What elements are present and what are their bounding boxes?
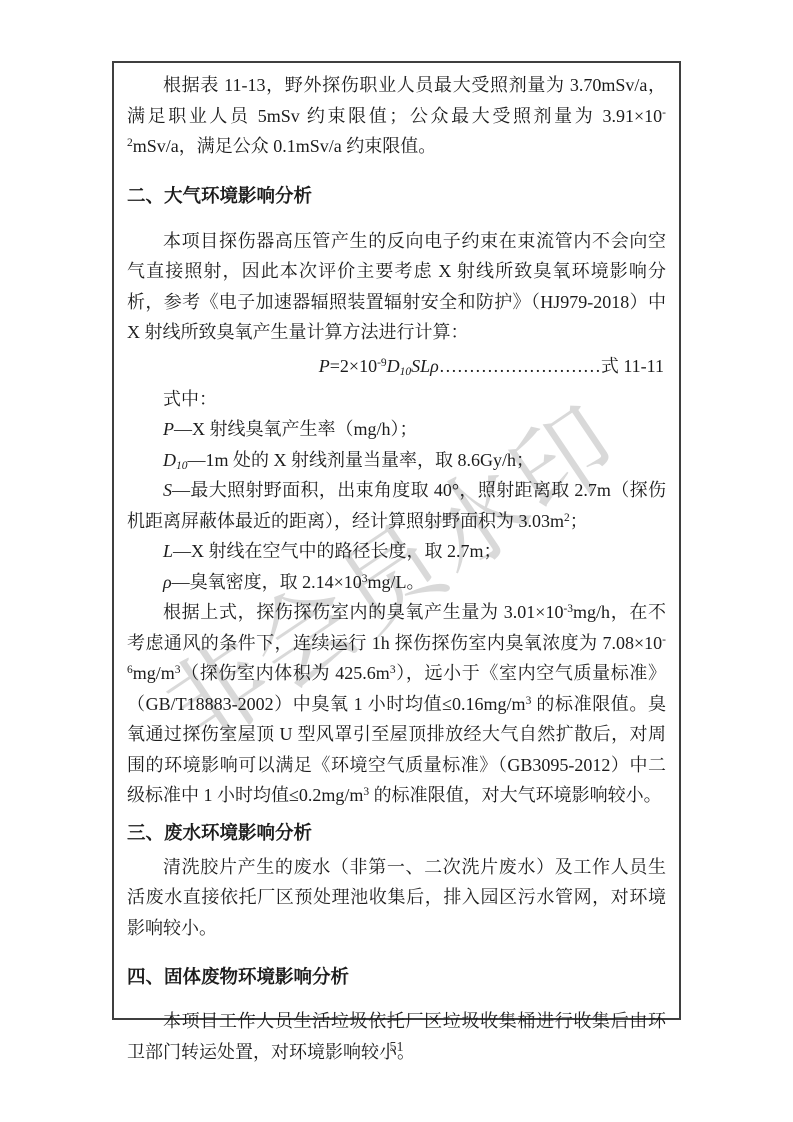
page-number: 51 [0,1040,793,1056]
section-heading-air: 二、大气环境影响分析 [127,181,666,211]
definition-line-S: S—最大照射野面积，出束角度取 40°，照射距离取 2.7m（探伤机距离屏蔽体最… [127,475,666,536]
formula-expression: P=2×10-9D10SLρ [319,356,439,376]
section-heading-wastewater: 三、废水环境影响分析 [127,818,666,848]
paragraph-air-intro: 本项目探伤器高压管产生的反向电子约束在束流管内不会向空气直接照射，因此本次评价主… [127,226,666,348]
definition-line-rho: ρ—臭氧密度，取 2.14×103mg/L。 [127,567,666,598]
paragraph-dose-summary: 根据表 11-13，野外探伤职业人员最大受照剂量为 3.70mSv/a，满足职业… [127,70,666,162]
formula-line: P=2×10-9D10SLρ………………………式 11-11 [127,351,666,381]
paragraph-air-result: 根据上式，探伤探伤室内的臭氧产生量为 3.01×10-3mg/h，在不考虑通风的… [127,597,666,811]
definition-line-P: P—X 射线臭氧产生率（mg/h）； [127,414,666,445]
paragraph-solidwaste: 本项目工作人员生活垃圾依托厂区垃圾收集桶进行收集后由环卫部门转运处置，对环境影响… [127,1006,666,1067]
paragraph-wastewater: 清洗胶片产生的废水（非第一、二次洗片废水）及工作人员生活废水直接依托厂区预处理池… [127,852,666,944]
formula-where-label: 式中： [127,384,666,415]
section-heading-solidwaste: 四、固体废物环境影响分析 [127,962,666,992]
formula-dot-leader: ……………………… [439,356,601,376]
formula-number: 式 11-11 [601,356,664,376]
content-border-frame: 根据表 11-13，野外探伤职业人员最大受照剂量为 3.70mSv/a，满足职业… [112,61,681,1020]
definition-line-D10: D10—1m 处的 X 射线剂量当量率，取 8.6Gy/h； [127,445,666,476]
document-page: 非会员水印 根据表 11-13，野外探伤职业人员最大受照剂量为 3.70mSv/… [0,0,793,1122]
definition-line-L: L—X 射线在空气中的路径长度，取 2.7m； [127,536,666,567]
